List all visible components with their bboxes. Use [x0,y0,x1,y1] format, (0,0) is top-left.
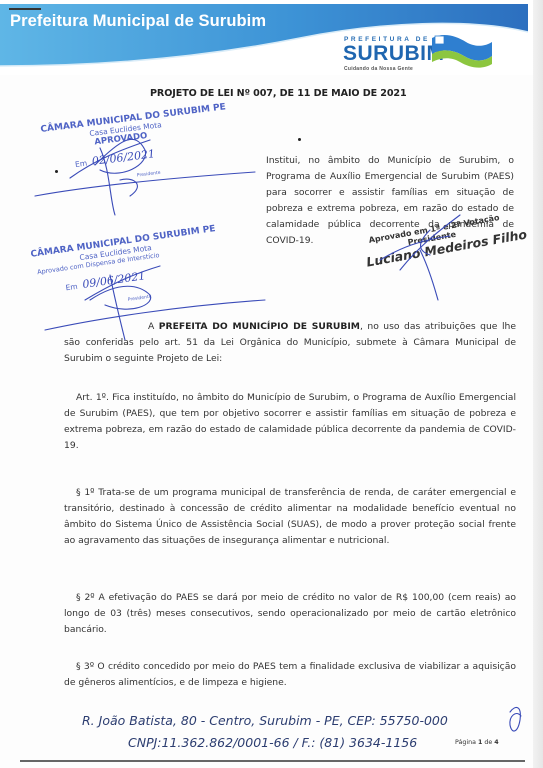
stamp-sign-label: Presidente [128,284,224,302]
article-1: Art. 1º. Fica instituído, no âmbito do M… [64,390,516,454]
paragraph-3-text: § 3º O crédito concedido por meio do PAE… [64,661,516,688]
intro-paragraph: A PREFEITA DO MUNICÍPIO DE SURUBIM, no u… [64,319,516,367]
stamp-date-prefix: Em [65,282,78,293]
page-current: 1 [478,739,482,746]
paragraph-1: § 1º Trata-se de um programa municipal d… [64,485,516,549]
document-title: PROJETO DE LEI Nº 007, DE 11 DE MAIO DE … [150,88,407,99]
scan-speck [298,138,301,141]
paragraph-2-text: § 2º A efetivação do PAES se dará por me… [64,592,516,635]
page-total: 4 [494,739,498,746]
intro-authority: PREFEITA DO MUNICÍPIO DE SURUBIM [159,321,360,332]
logo-tagline: Cuidando da Nossa Gente [344,66,413,72]
handwritten-signatures [0,0,543,768]
paragraph-1-text: § 1º Trata-se de um programa municipal d… [64,487,516,546]
paragraph-2: § 2º A efetivação do PAES se dará por me… [64,590,516,638]
scan-speck [55,170,58,173]
stamp-date-prefix: Em [75,159,88,169]
footer-contact: CNPJ:11.362.862/0001-66 / F.: (81) 3634-… [128,735,417,750]
surubim-logo: PREFEITURA DE SURUBIM Cuidando da Nossa … [344,36,494,76]
scan-edge [533,0,543,768]
page-of: de [484,739,492,746]
approval-stamp-1: CÂMARA MUNICIPAL DO SURUBIM PE Casa Eucl… [40,102,233,189]
bottom-rule [20,760,525,762]
header-rule [9,8,41,10]
paragraph-3: § 3º O crédito concedido por meio do PAE… [64,659,516,691]
header-title: Prefeitura Municipal de Surubim [10,12,266,31]
page-label: Página [455,739,476,746]
intro-prefix: A [148,321,159,332]
footer-address: R. João Batista, 80 - Centro, Surubim - … [82,713,448,728]
stamp-sign-label: Presidente [137,162,233,179]
stamp-date: 02/06/2021 [91,147,156,168]
stamp-date: 09/06/2021 [82,269,147,291]
article-1-text: Art. 1º. Fica instituído, no âmbito do M… [64,392,516,451]
flag-emblem-icon [430,32,494,70]
approval-stamp-2: CÂMARA MUNICIPAL DO SURUBIM PE Casa Eucl… [30,224,224,315]
page-number: Página 1 de 4 [455,739,499,746]
